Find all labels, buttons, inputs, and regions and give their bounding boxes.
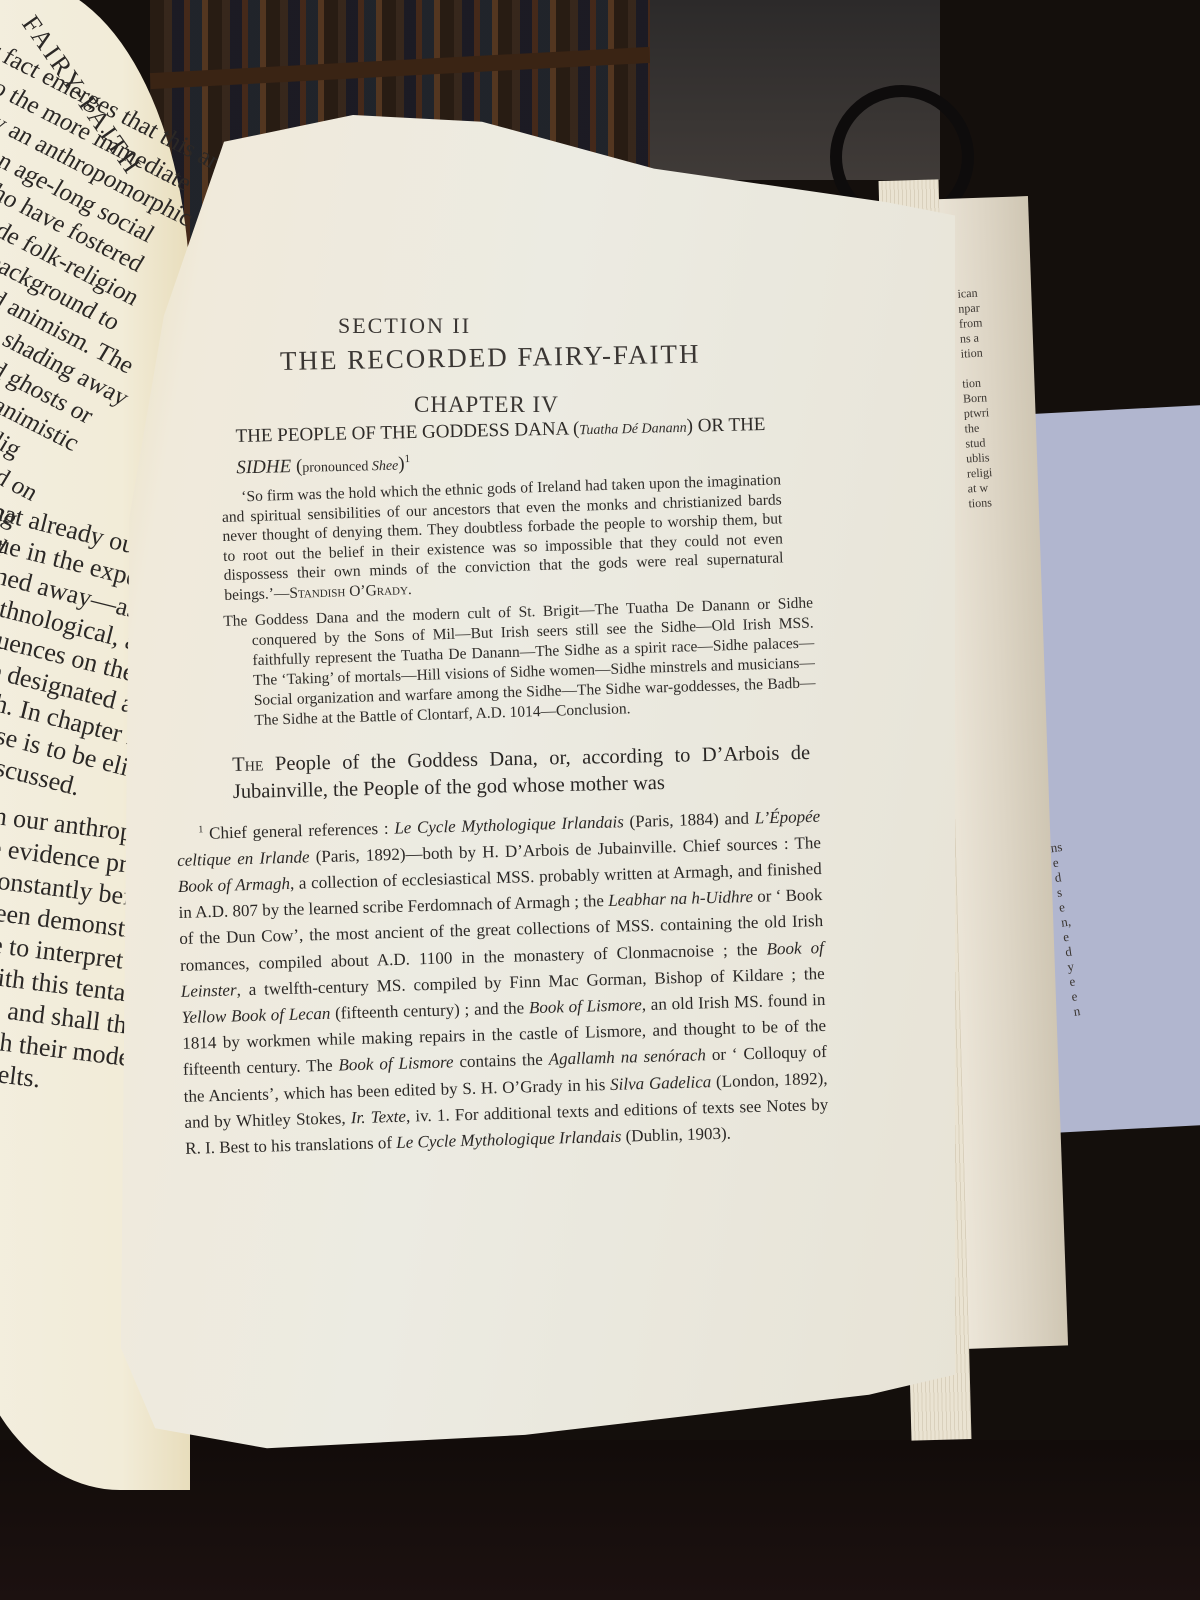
heading-sidhe: SIDHE [236,456,291,478]
footnote-number: 1 [198,824,203,835]
chapter-synopsis: The Goddess Dana and the modern cult of … [223,593,816,731]
footnote-text: Chief general references : Le Cycle Myth… [177,807,829,1158]
heading-text: ) OR THE [686,414,765,437]
footnote-title: Yellow Book of Lecan [181,1004,330,1027]
footnote-marker: 1 [404,453,410,465]
footnote-title: Leabhar na h-Uidhre [608,887,753,910]
heading-pronounced: pronounced [302,459,372,476]
footnote-title: Le Cycle Mythologique Irlandais [396,1127,622,1152]
heading-text: ( [291,456,303,477]
footnote-segment: Chief general references : [209,819,395,843]
footnote: 1 Chief general references : Le Cycle My… [176,800,829,1162]
footnote-segment: (Dublin, 1903). [621,1124,731,1146]
second-book-text-fragments: ican npar from ns a ition tion Born ptwr… [957,284,1029,512]
opening-word: The [232,753,264,776]
chapter-title: CHAPTER IV [414,392,559,418]
footnote-title: Agallamh na senórach [548,1046,706,1069]
footnote-title: Book of Lismore [529,995,642,1017]
heading-shee: Shee [372,459,399,475]
epigraph-attribution: Standish O’Grady. [289,581,412,602]
footnote-title: Silva Gadelica [610,1072,712,1094]
section-title: SECTION II [338,313,471,339]
chapter-heading: THE PEOPLE OF THE GODDESS DANA (Tuatha D… [235,413,776,483]
footnote-segment: (fifteenth century) ; and the [330,998,529,1023]
footnote-title: Ir. Texte [351,1107,407,1128]
body-text: People of the Goddess Dana, or, accordin… [233,742,811,803]
epigraph: ‘So firm was the hold which the ethnic g… [221,470,784,605]
footnote-title: Le Cycle Mythologique Irlandais [394,812,624,837]
footnote-segment: contains the [453,1050,549,1072]
footnote-segment: (Paris, 1884) and [624,809,755,832]
footnote-title: Book of Lismore [338,1053,454,1075]
footnote-title: Book of Armagh [178,874,291,896]
heading-tuatha: Tuatha Dé Danann [579,421,687,438]
